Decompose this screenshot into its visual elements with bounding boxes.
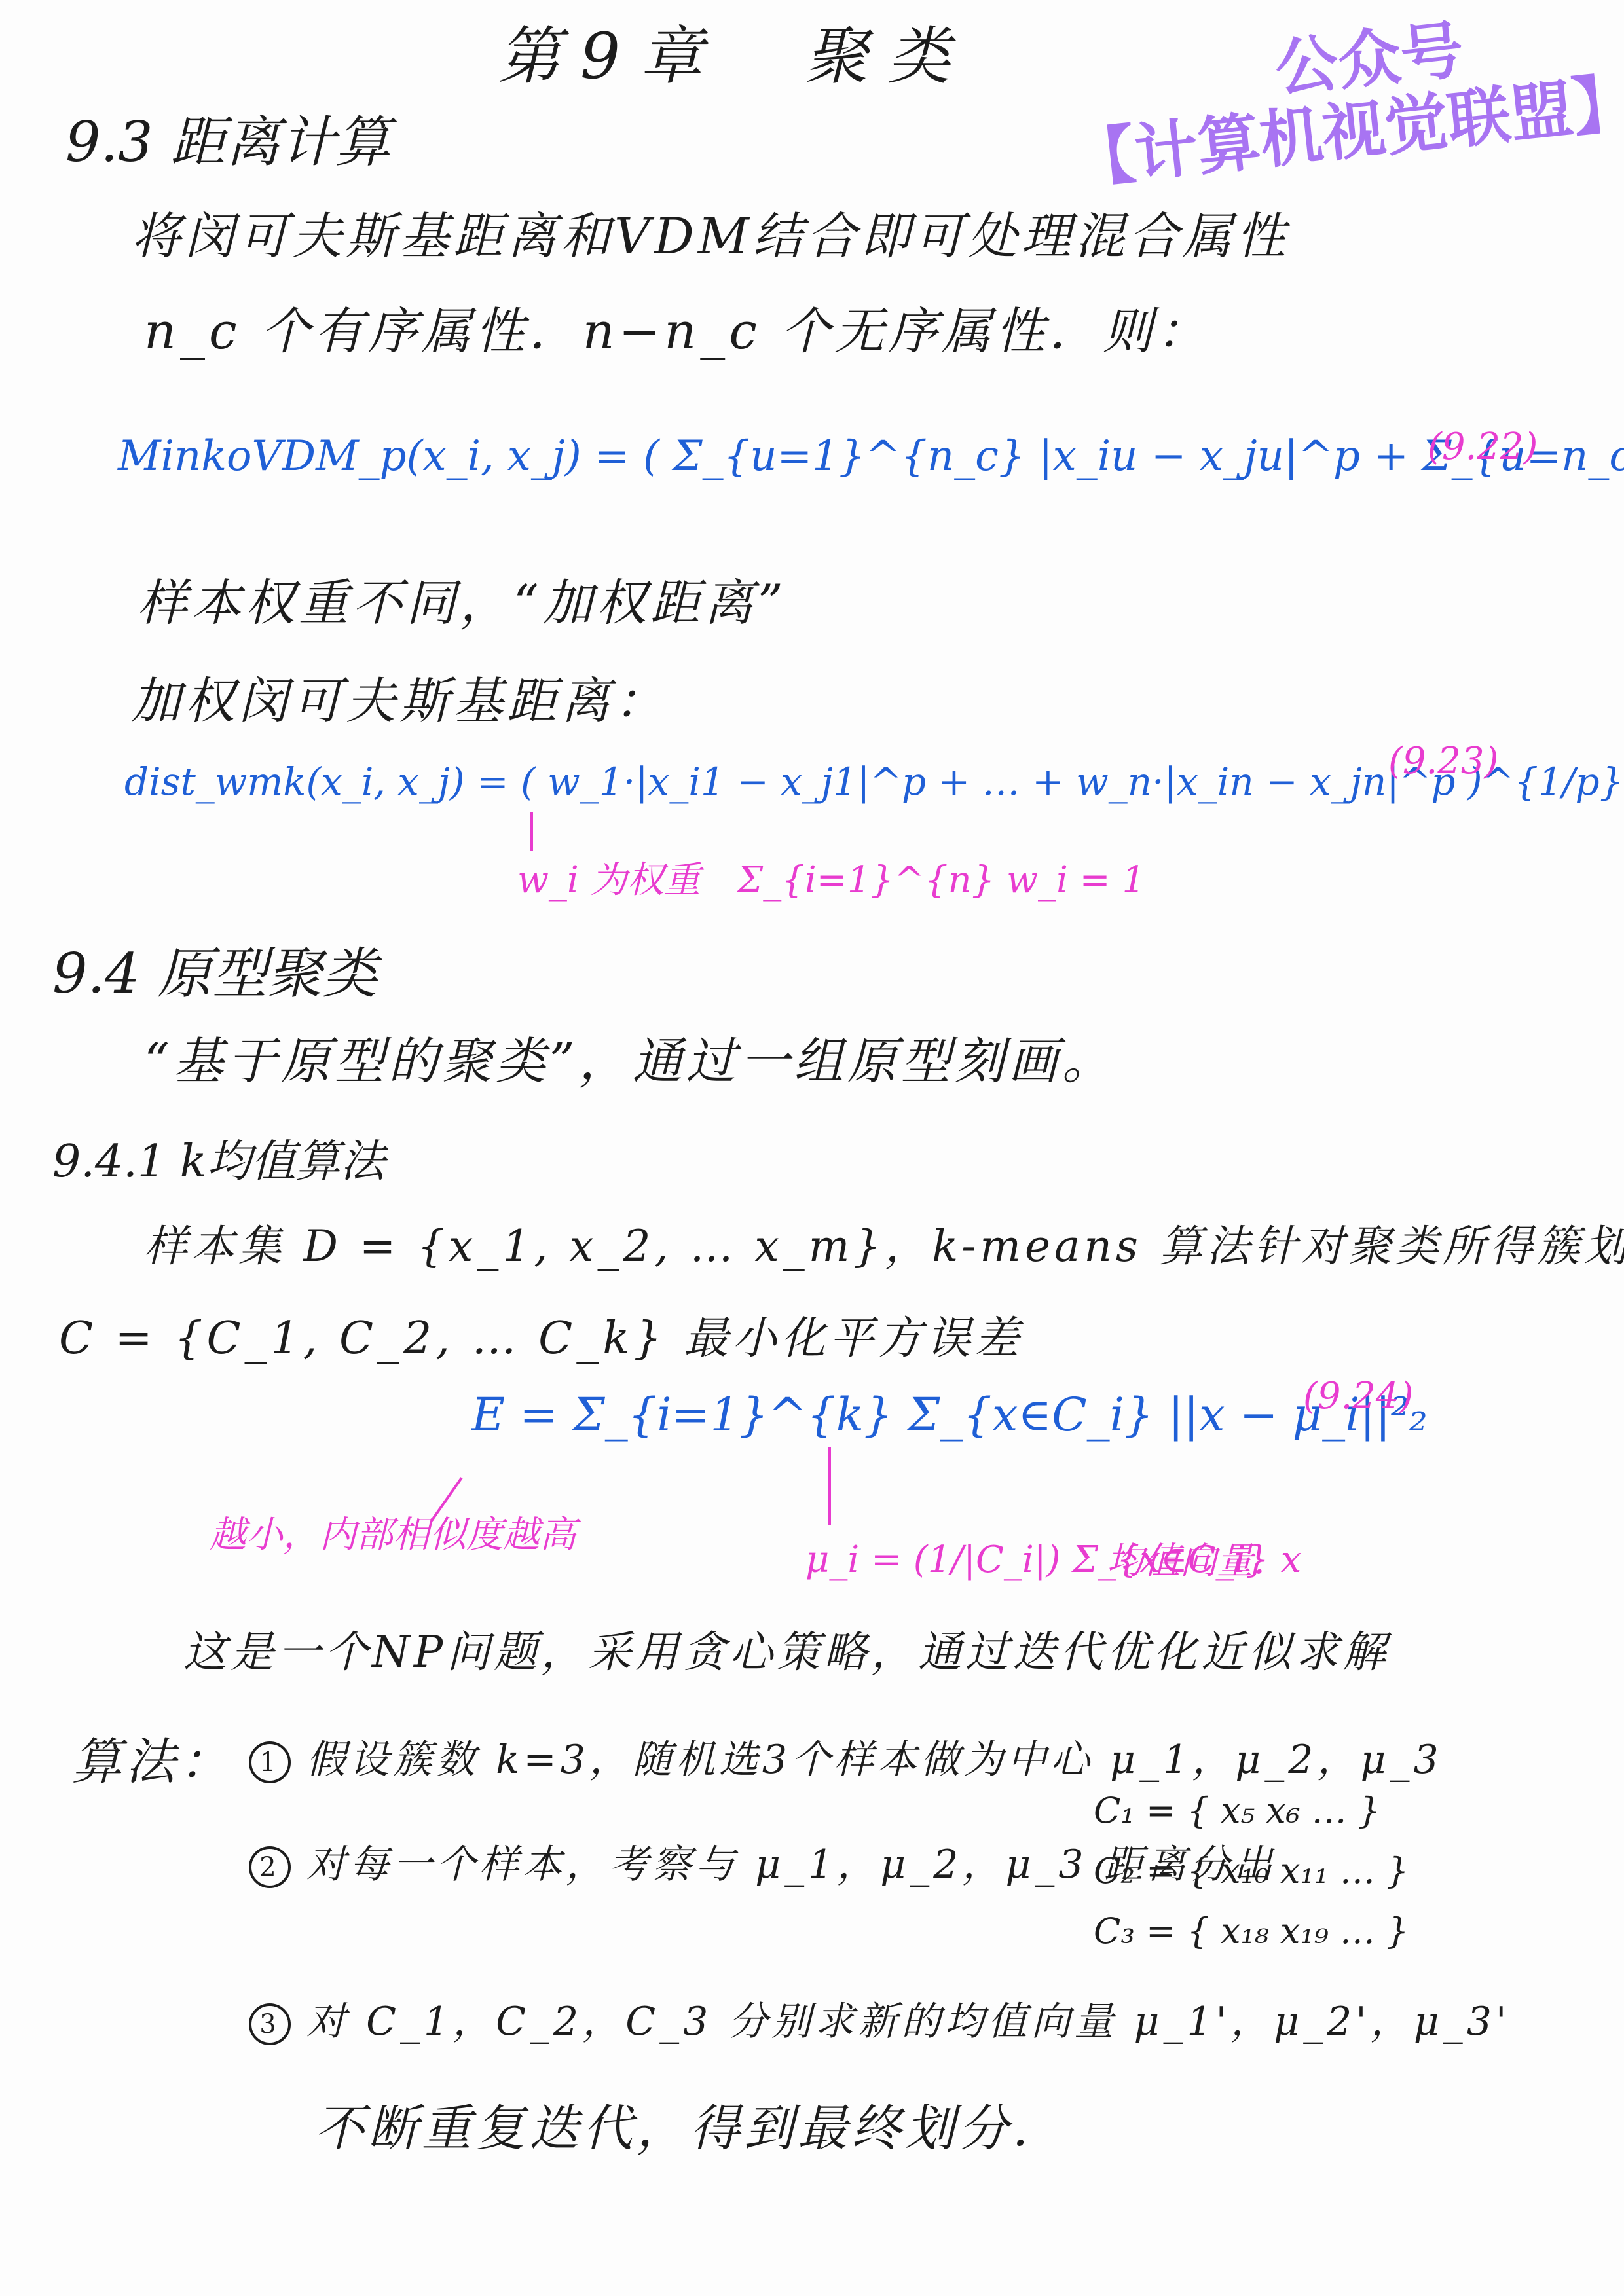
text-line: n_c 个有序属性．n−n_c 个无序属性．则： — [144, 291, 1210, 363]
step-number: 1 — [249, 1741, 291, 1783]
cluster-1: C₁ = { x₅ x₆ … } — [1094, 1781, 1409, 1841]
section-heading-9-4-1: 9.4.1 k均值算法 — [52, 1126, 385, 1190]
text-line: 样本权重不同，“加权距离” — [138, 563, 787, 634]
formula-9-24: E = Σ_{i=1}^{k} Σ_{x∈C_i} ||x − μ_i||²₂ — [471, 1388, 1428, 1442]
section-heading-9-4: 9.4 原型聚类 — [52, 930, 377, 1009]
text-line: 将闵可夫斯基距离和VDM结合即可处理混合属性 — [131, 196, 1290, 268]
equation-number-9-24: (9.24) — [1303, 1375, 1413, 1417]
cluster-3: C₃ = { x₁₈ x₁₉ … } — [1094, 1901, 1409, 1961]
equation-number-9-22: (9.22) — [1428, 426, 1538, 468]
mean-vector-label: 均值向量. — [1107, 1532, 1265, 1584]
step-number: 3 — [249, 2003, 291, 2045]
text-line: C = {C_1, C_2, … C_k} 最小化平方误差 — [59, 1303, 1023, 1366]
algorithm-step-3: 3对 C_1，C_2，C_3 分别求新的均值向量 μ_1'，μ_2'，μ_3' — [249, 1990, 1510, 2047]
step-text: 对 C_1，C_2，C_3 分别求新的均值向量 μ_1'，μ_2'，μ_3' — [306, 1999, 1510, 2045]
arrow-icon — [530, 812, 533, 851]
algorithm-step-1: 1假设簇数 k=3，随机选3个样本做为中心 μ_1，μ_2，μ_3 — [249, 1728, 1443, 1785]
arrow-icon — [828, 1447, 831, 1525]
text-line: “基于原型的聚类”，通过一组原型刻画。 — [144, 1021, 1116, 1093]
weight-note: w_i 为权重 Σ_{i=1}^{n} w_i = 1 — [517, 851, 1145, 903]
section-heading-9-3: 9.3 距离计算 — [65, 98, 390, 177]
cluster-2: C₂ = { x₁₀ x₁₁ … } — [1094, 1841, 1409, 1901]
step-number: 2 — [249, 1846, 291, 1888]
text-line: 加权闵可夫斯基距离： — [131, 661, 668, 733]
error-note: 越小，内部相似度越高 — [210, 1506, 576, 1558]
equation-number-9-23: (9.23) — [1388, 740, 1498, 782]
final-line: 不断重复迭代，得到最终划分. — [314, 2088, 1032, 2160]
formula-9-22: MinkoVDM_p(x_i, x_j) = ( Σ_{u=1}^{n_c} |… — [118, 432, 1624, 481]
algorithm-label: 算法： — [72, 1722, 233, 1793]
text-line: 这是一个NP问题，采用贪心策略，通过迭代优化近似求解 — [183, 1617, 1390, 1679]
cluster-assignments: C₁ = { x₅ x₆ … } C₂ = { x₁₀ x₁₁ … } C₃ =… — [1094, 1781, 1409, 1961]
chapter-title: 第9章 聚类 — [498, 7, 970, 96]
text-line: 样本集 D = {x_1, x_2, … x_m}，k-means 算法针对聚类… — [144, 1211, 1624, 1273]
step-text: 假设簇数 k=3，随机选3个样本做为中心 μ_1，μ_2，μ_3 — [306, 1737, 1443, 1783]
